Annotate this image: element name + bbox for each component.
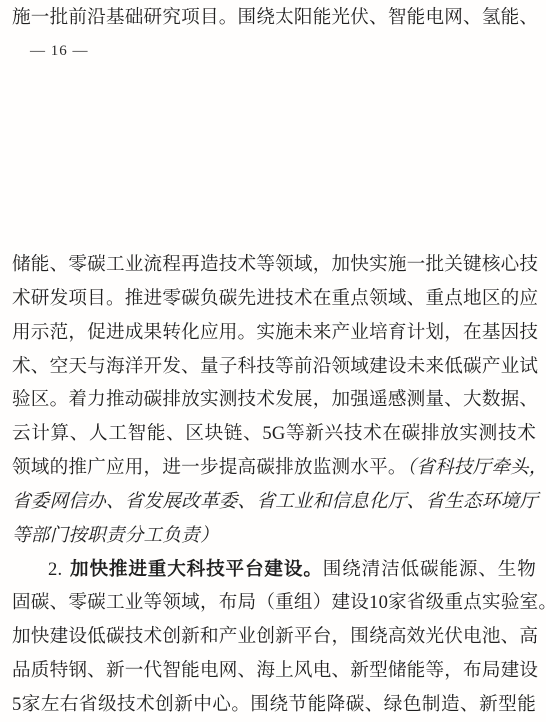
body-line: 品质特钢、新一代智能电网、海上风电、新型储能等，布局建设 — [12, 654, 536, 688]
responsibility-note-line: 等部门按职责分工负责） — [12, 519, 536, 553]
body-line: 术、空天与海洋开发、量子科技等前沿领域建设未来低碳产业试 — [12, 350, 536, 384]
body-line: 5家左右省级技术创新中心。围绕节能降碳、绿色制造、新型能 — [12, 688, 536, 722]
body-line-text: 围绕清洁低碳能源、生物 — [323, 559, 536, 580]
body-line: 验区。着力推动碳排放实测技术发展，加强遥感测量、大数据、 — [12, 383, 536, 417]
item-heading: 加快推进重大科技平台建设。 — [69, 559, 322, 580]
body-line: 固碳、零碳工业等领域，布局（重组）建设10家省级重点实验室。 — [12, 586, 536, 620]
item-number: 2. — [48, 559, 62, 580]
prev-page-last-line: 施一批前沿基础研究项目。围绕太阳能光伏、智能电网、氢能、 — [12, 2, 536, 34]
responsibility-note-text: （省科技厅牵头， — [407, 457, 546, 478]
body-line: 领域的推广应用，进一步提高碳排放监测水平。（省科技厅牵头， — [12, 451, 536, 485]
responsibility-note-line: 省委网信办、省发展改革委、省工业和信息化厅、省生态环境厅 — [12, 485, 536, 519]
body-line: 术研发项目。推进零碳负碳先进技术在重点领域、重点地区的应 — [12, 282, 536, 316]
numbered-item-line: 2.加快推进重大科技平台建设。围绕清洁低碳能源、生物 — [12, 553, 536, 587]
document-page: 施一批前沿基础研究项目。围绕太阳能光伏、智能电网、氢能、 — 16 — 储能、零… — [0, 0, 546, 722]
body-line: 储能、零碳工业流程再造技术等领域，加快实施一批关键核心技 — [12, 248, 536, 282]
body-line: 加快建设低碳技术创新和产业创新平台，围绕高效光伏电池、高 — [12, 620, 536, 654]
body-line-text: 领域的推广应用，进一步提高碳排放监测水平。 — [12, 457, 407, 478]
body-line: 云计算、人工智能、区块链、5G等新兴技术在碳排放实测技术 — [12, 417, 536, 451]
page-body: 储能、零碳工业流程再造技术等领域，加快实施一批关键核心技 术研发项目。推进零碳负… — [12, 248, 536, 722]
page-number: — 16 — — [30, 40, 89, 62]
body-line: 用示范，促进成果转化应用。实施未来产业培育计划，在基因技 — [12, 316, 536, 350]
